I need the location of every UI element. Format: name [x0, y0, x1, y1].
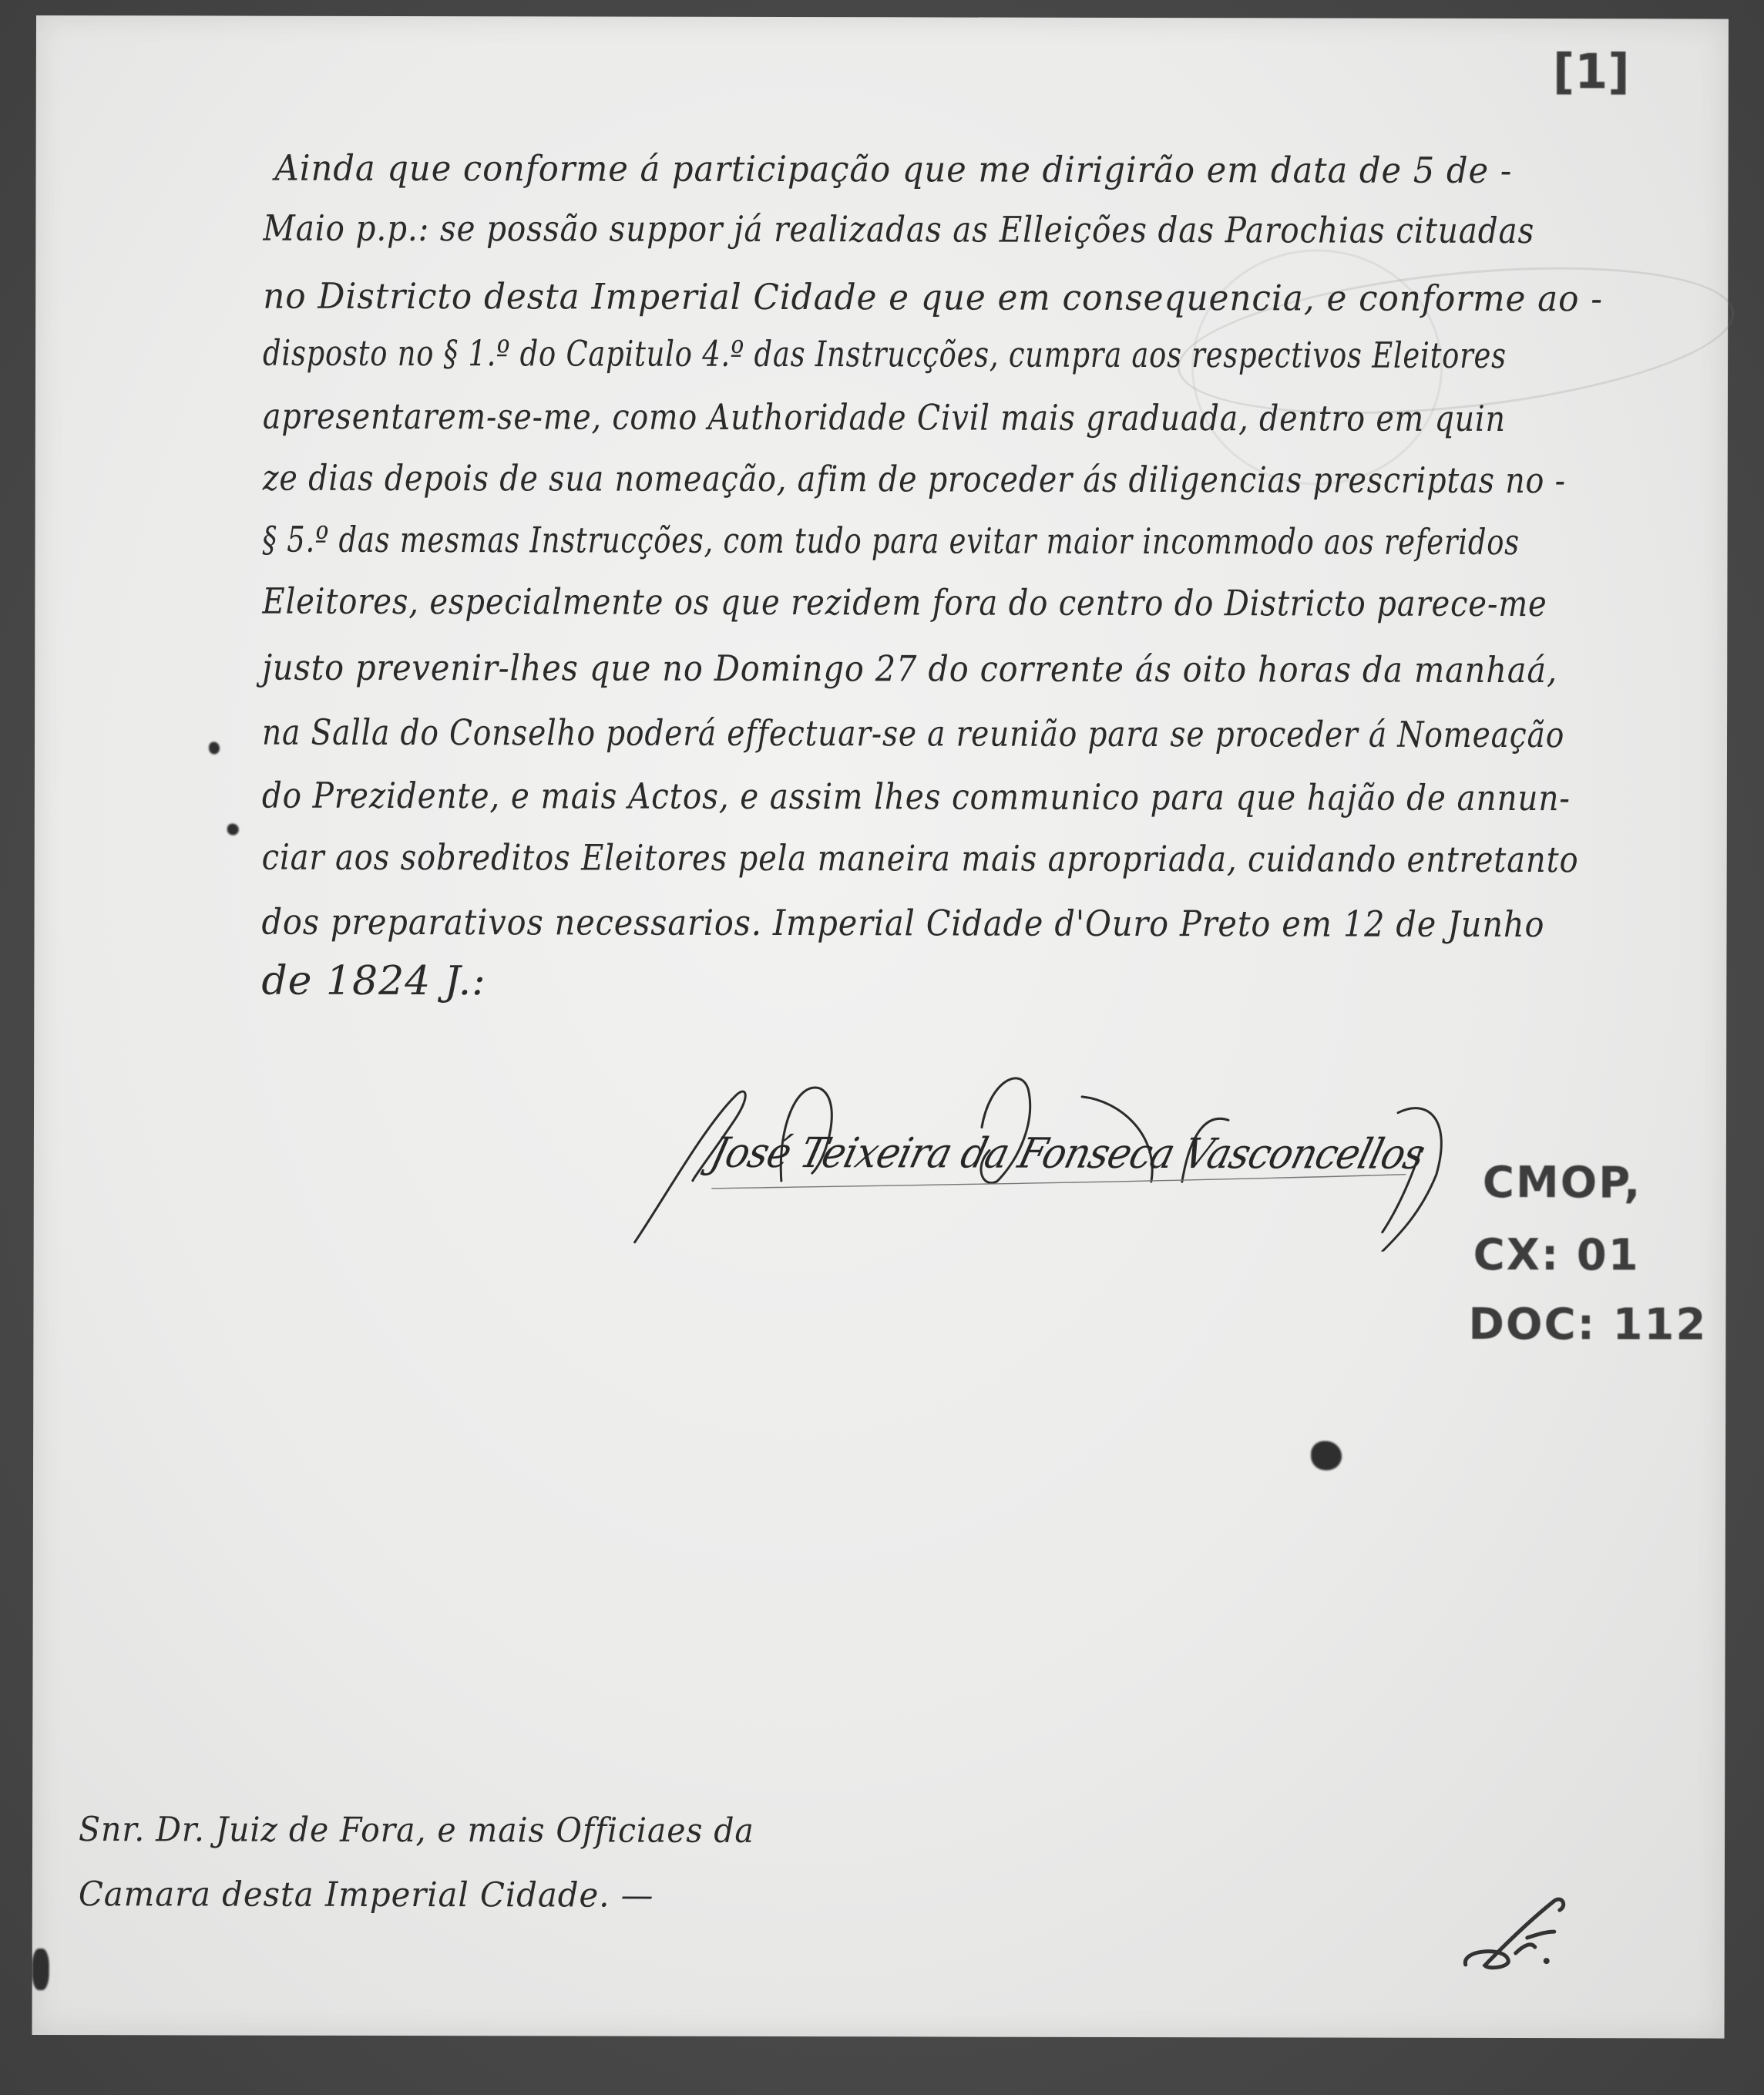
- body-line-1: Ainda que conforme á participação que me…: [275, 147, 1513, 191]
- closing-initial: D.: [1458, 1892, 1597, 1988]
- ink-blot: [1311, 1441, 1342, 1470]
- body-line-11: do Prezidente, e mais Actos, e assim lhe…: [262, 775, 1571, 819]
- body-line-3: no Districto desta Imperial Cidade e que…: [263, 275, 1603, 320]
- body-line-13: dos preparativos necessarios. Imperial C…: [261, 901, 1544, 945]
- page-number: [1]: [1553, 43, 1630, 99]
- closing-flourish-icon: [1458, 1892, 1597, 1984]
- signature-name: José Teixeira da Fonseca Vasconcellos: [706, 1128, 1430, 1179]
- body-line-8: Eleitores, especialmente os que rezidem …: [262, 580, 1547, 624]
- addressee-line-1: Snr. Dr. Juiz de Fora, e mais Officiaes …: [79, 1810, 754, 1851]
- body-line-12: ciar aos sobreditos Eleitores pela manei…: [262, 836, 1579, 881]
- archival-ref-fund: CMOP,: [1483, 1158, 1642, 1208]
- archival-ref-box: CX: 01: [1473, 1230, 1640, 1280]
- signature: José Teixeira da Fonseca Vasconcellos: [620, 1065, 1529, 1236]
- archival-ref-doc: DOC: 112: [1468, 1300, 1707, 1350]
- body-line-14: de 1824 J.:: [261, 958, 486, 1005]
- body-line-2: Maio p.p.: se possão suppor já realizada…: [263, 207, 1534, 251]
- body-line-9: justo prevenir-lhes que no Domingo 27 do…: [262, 647, 1557, 691]
- body-line-7: § 5.º das mesmas Instrucções, com tudo p…: [263, 519, 1520, 563]
- addressee-line-2: Camara desta Imperial Cidade. —: [79, 1875, 654, 1915]
- body-line-10: na Salla do Conselho poderá effectuar-se…: [262, 711, 1564, 756]
- body-line-6: ze dias depois de sua nomeação, afim de …: [263, 457, 1566, 502]
- manuscript-page: [1] Ainda que conforme á participação qu…: [32, 15, 1729, 2039]
- body-line-4: disposto no § 1.º do Capitulo 4.º das In…: [263, 332, 1507, 376]
- margin-ink-mark: [227, 824, 239, 836]
- margin-ink-mark: [209, 741, 220, 754]
- body-line-5: apresentarem-se-me, como Authoridade Civ…: [263, 395, 1506, 439]
- margin-ink-drop: [32, 1949, 49, 1990]
